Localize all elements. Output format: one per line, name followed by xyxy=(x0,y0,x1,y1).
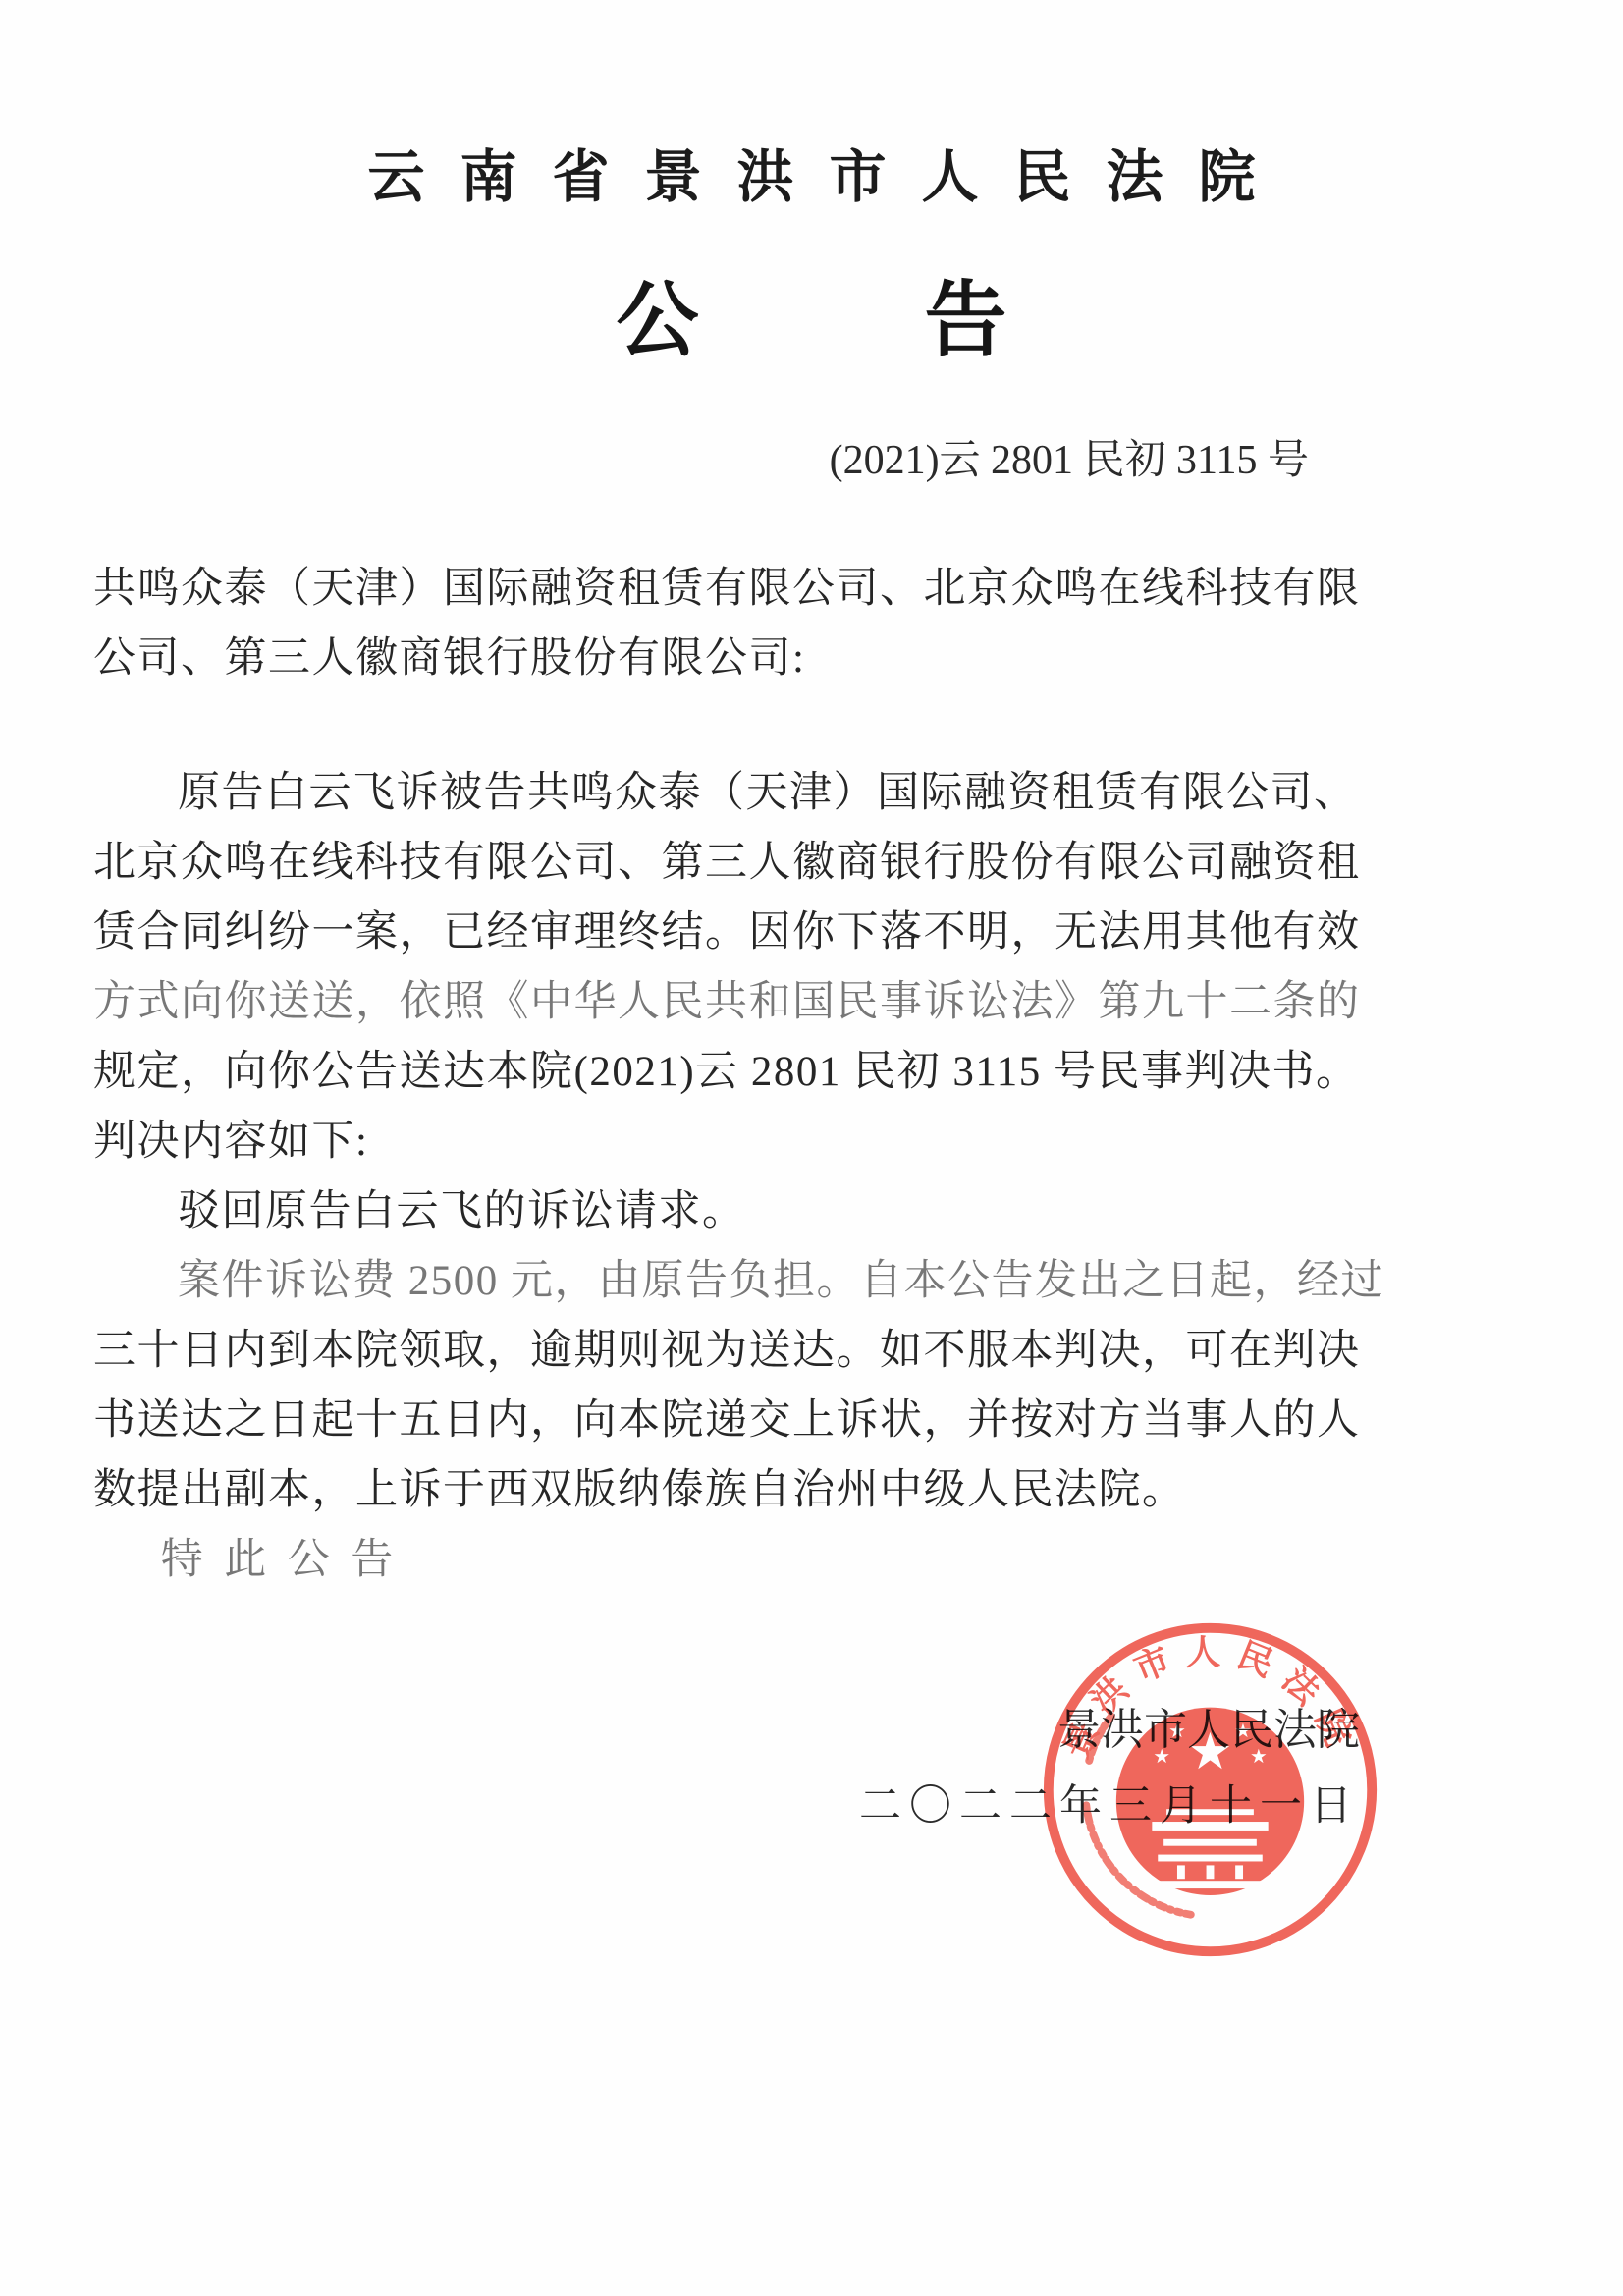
addressee-line: 公司、第三人徽商银行股份有限公司: xyxy=(93,624,1360,693)
signature-date: 二〇二二年三月十一日 xyxy=(0,1779,1360,1834)
body-line: 三十日内到本院领取，逾期则视为送达。如不服本判决，可在判决 xyxy=(93,1316,1360,1386)
body-line: 书送达之日起十五日内，向本院递交上诉状，并按对方当事人的人 xyxy=(93,1386,1360,1455)
body-line: 原告白云飞诉被告共鸣众泰（天津）国际融资租赁有限公司、 xyxy=(93,758,1360,828)
body-line: 数提出副本，上诉于西双版纳傣族自治州中级人民法院。 xyxy=(93,1455,1360,1525)
notice-body: 共鸣众泰（天津）国际融资租赁有限公司、北京众鸣在线科技有限 公司、第三人徽商银行… xyxy=(93,554,1360,1595)
closing-line: 特此公告 xyxy=(93,1525,1360,1595)
body-line: 案件诉讼费 2500 元，由原告负担。自本公告发出之日起，经过 xyxy=(93,1246,1360,1316)
addressee-line: 共鸣众泰（天津）国际融资租赁有限公司、北京众鸣在线科技有限 xyxy=(93,554,1360,624)
body-line: 北京众鸣在线科技有限公司、第三人徽商银行股份有限公司融资租 xyxy=(93,828,1360,898)
notice-title: 公告 xyxy=(0,277,1623,367)
body-line: 驳回原告白云飞的诉讼请求。 xyxy=(93,1176,1360,1246)
signature-court: 景洪市人民法院 xyxy=(0,1703,1360,1758)
case-number: (2021)云 2801 民初 3115 号 xyxy=(0,436,1623,485)
signature-block: 景洪市人民法院 二〇二二年三月十一日 xyxy=(0,1703,1623,1834)
body-line: 方式向你送送，依照《中华人民共和国民事诉讼法》第九十二条的 xyxy=(93,967,1360,1037)
body-line: 规定，向你公告送达本院(2021)云 2801 民初 3115 号民事判决书。 xyxy=(93,1037,1360,1107)
body-line: 赁合同纠纷一案，已经审理终结。因你下落不明，无法用其他有效 xyxy=(93,898,1360,967)
court-title: 云南省景洪市人民法院 xyxy=(0,147,1623,208)
body-line: 判决内容如下: xyxy=(93,1107,1360,1176)
notice-document: 云南省景洪市人民法院 公告 (2021)云 2801 民初 3115 号 共鸣众… xyxy=(0,0,1623,2296)
